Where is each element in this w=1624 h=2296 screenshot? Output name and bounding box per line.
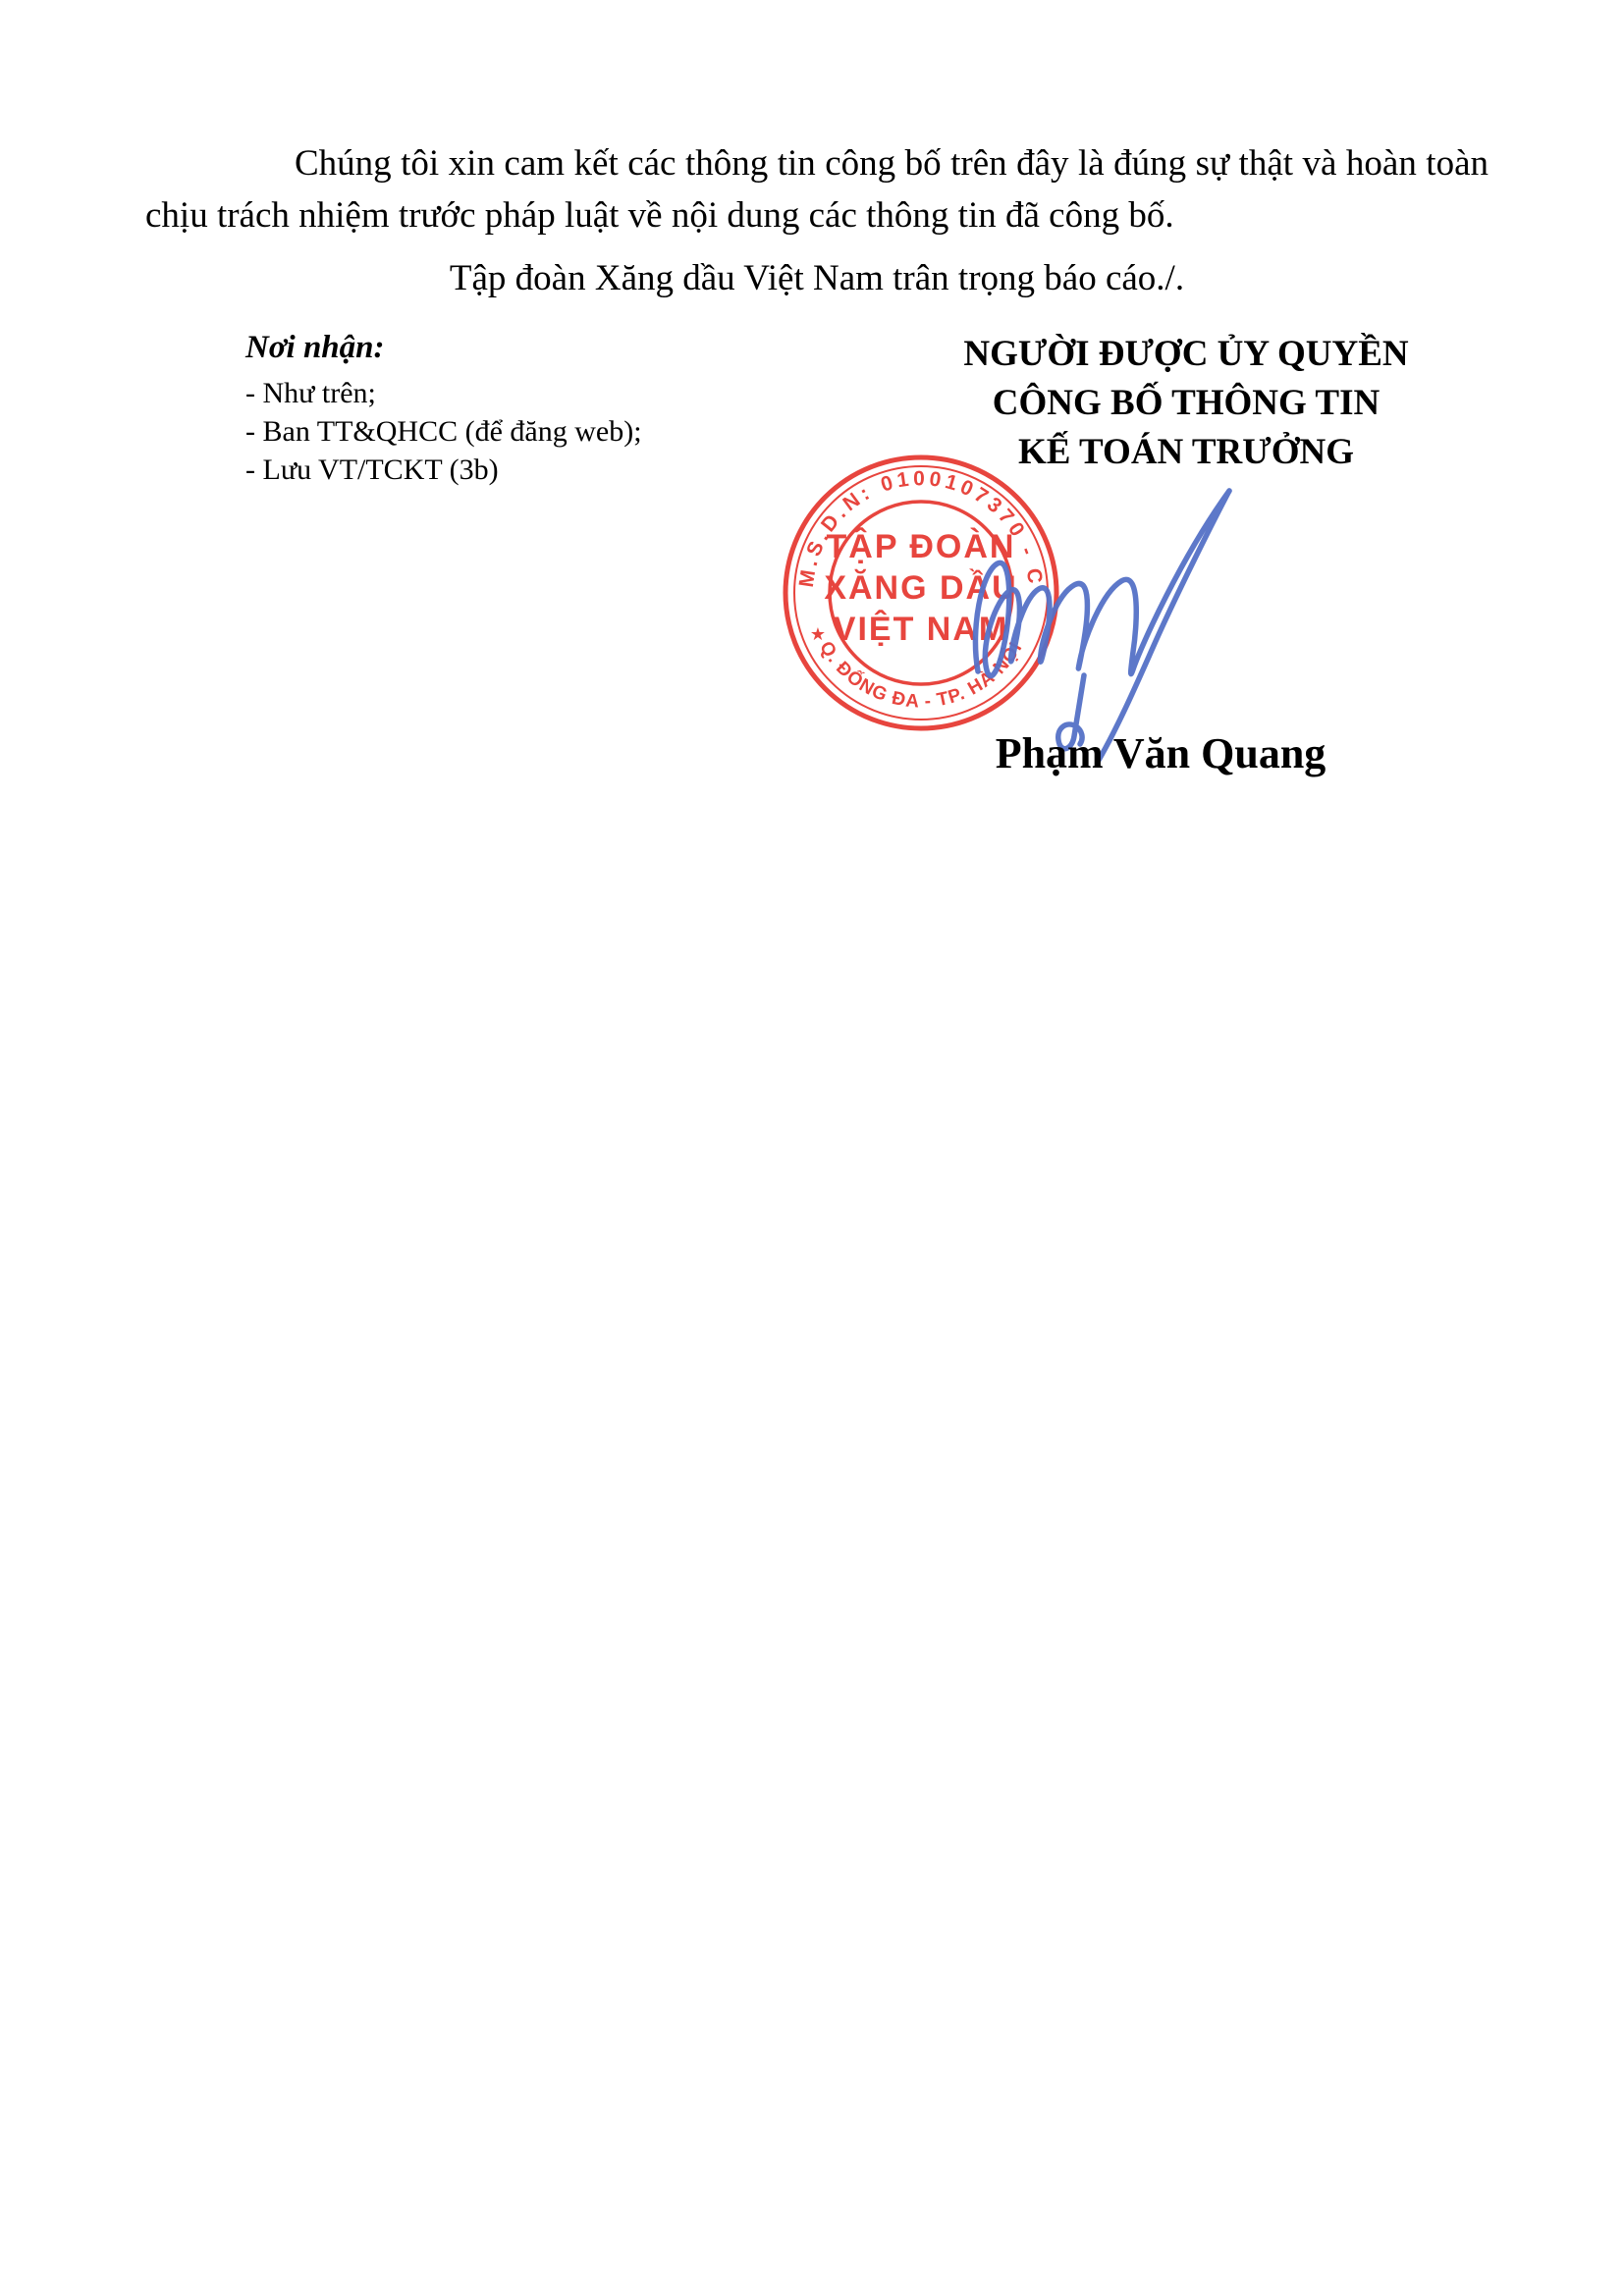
commitment-paragraph: Chúng tôi xin cam kết các thông tin công… (145, 137, 1489, 241)
star-icon: ★ (810, 624, 826, 644)
signature-stroke-tail (1098, 491, 1229, 762)
signature-stroke-main (975, 491, 1229, 676)
recipient-item: - Ban TT&QHCC (để đăng web); (245, 412, 756, 451)
recipient-item: - Như trên; (245, 374, 756, 412)
report-line: Tập đoàn Xăng dầu Việt Nam trân trọng bá… (145, 257, 1489, 299)
signer-name: Phạm Văn Quang (905, 728, 1416, 778)
signatory-title-line: NGƯỜI ĐƯỢC ỦY QUYỀN (931, 330, 1441, 379)
signatory-title-line: CÔNG BỐ THÔNG TIN (931, 379, 1441, 428)
recipient-item: - Lưu VT/TCKT (3b) (245, 451, 756, 489)
document-page: Chúng tôi xin cam kết các thông tin công… (0, 0, 1624, 2296)
recipients-block: Nơi nhận: - Như trên; - Ban TT&QHCC (để … (245, 330, 756, 489)
recipients-heading: Nơi nhận: (245, 330, 756, 366)
